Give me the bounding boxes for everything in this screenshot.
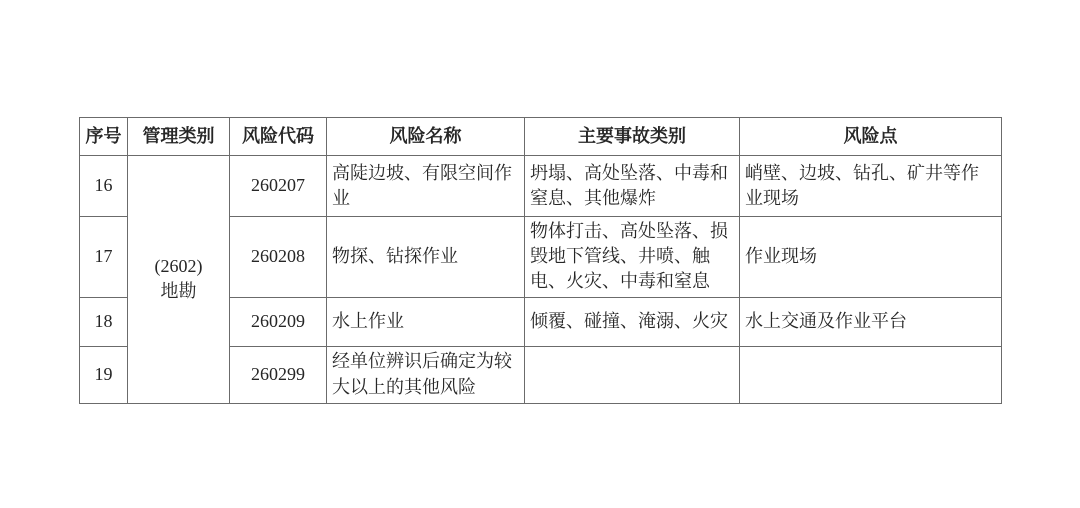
risk-name-cell: 物探、钻探作业 [327, 217, 525, 298]
risk-point-cell [740, 346, 1002, 403]
header-serial-number: 序号 [80, 118, 128, 156]
management-category-cell: (2602) 地勘 [128, 156, 230, 404]
serial-cell: 18 [80, 297, 128, 346]
risk-table: 序号 管理类别 风险代码 风险名称 主要事故类别 风险点 16 (2602) 地… [79, 117, 1002, 404]
category-name: 地勘 [133, 279, 224, 304]
serial-cell: 17 [80, 217, 128, 298]
risk-point-cell: 水上交通及作业平台 [740, 297, 1002, 346]
risk-name-cell: 经单位辨识后确定为较大以上的其他风险 [327, 346, 525, 403]
accident-category-cell: 坍塌、高处坠落、中毒和窒息、其他爆炸 [525, 156, 740, 217]
risk-point-cell: 峭壁、边坡、钻孔、矿井等作业现场 [740, 156, 1002, 217]
header-risk-code: 风险代码 [230, 118, 327, 156]
risk-code-cell: 260299 [230, 346, 327, 403]
risk-name-cell: 水上作业 [327, 297, 525, 346]
header-risk-name: 风险名称 [327, 118, 525, 156]
accident-category-cell: 倾覆、碰撞、淹溺、火灾 [525, 297, 740, 346]
risk-code-cell: 260207 [230, 156, 327, 217]
header-accident-category: 主要事故类别 [525, 118, 740, 156]
header-row: 序号 管理类别 风险代码 风险名称 主要事故类别 风险点 [80, 118, 1002, 156]
risk-name-cell: 高陡边坡、有限空间作业 [327, 156, 525, 217]
category-code: (2602) [133, 254, 224, 279]
header-management-category: 管理类别 [128, 118, 230, 156]
serial-cell: 19 [80, 346, 128, 403]
table-row: 16 (2602) 地勘 260207 高陡边坡、有限空间作业 坍塌、高处坠落、… [80, 156, 1002, 217]
risk-point-cell: 作业现场 [740, 217, 1002, 298]
risk-code-cell: 260208 [230, 217, 327, 298]
accident-category-cell: 物体打击、高处坠落、损毁地下管线、井喷、触电、火灾、中毒和窒息 [525, 217, 740, 298]
risk-code-cell: 260209 [230, 297, 327, 346]
header-risk-point: 风险点 [740, 118, 1002, 156]
serial-cell: 16 [80, 156, 128, 217]
risk-table-container: 序号 管理类别 风险代码 风险名称 主要事故类别 风险点 16 (2602) 地… [79, 117, 1002, 404]
accident-category-cell [525, 346, 740, 403]
